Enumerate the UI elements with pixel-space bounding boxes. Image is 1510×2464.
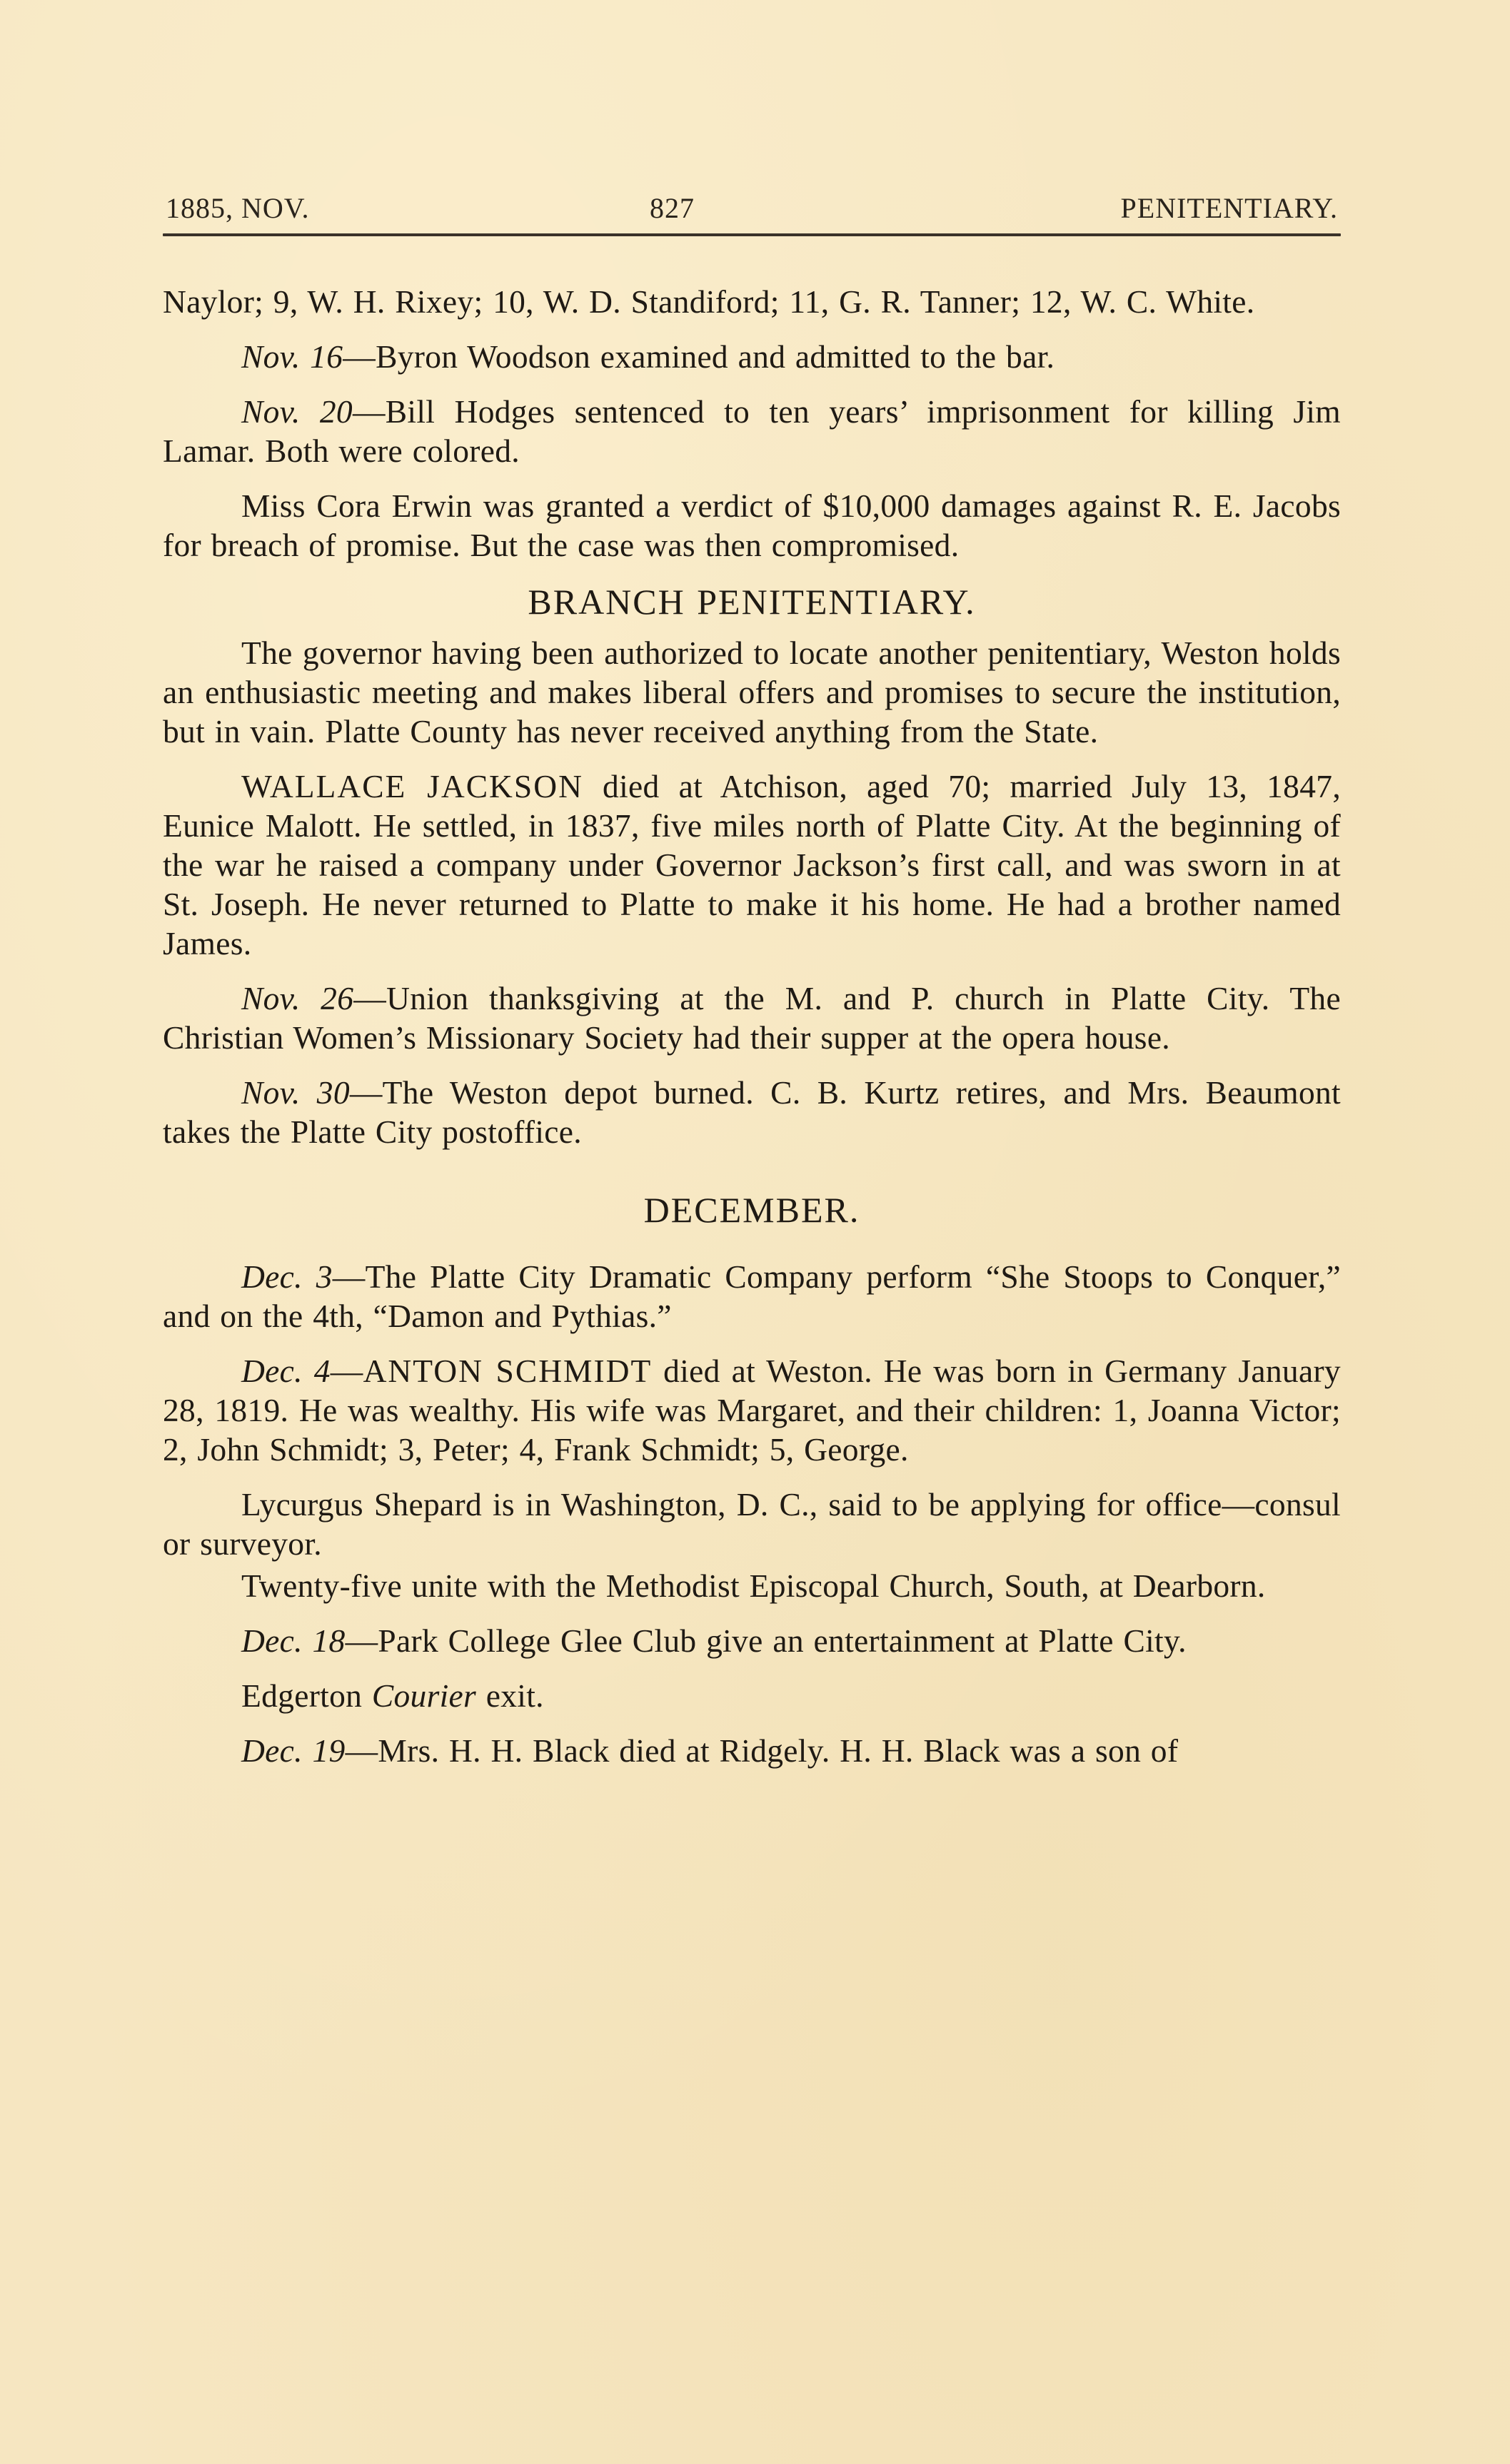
entry-text: —The Platte City Dramatic Company perfor… (163, 1258, 1341, 1334)
entry-text: exit. (476, 1677, 544, 1714)
paragraph-nov-26: Nov. 26—Union thanksgiving at the M. and… (163, 979, 1341, 1057)
running-head: 1885, NOV. 827 PENITENTIARY. (163, 191, 1341, 225)
person-name: ANTON SCHMIDT (363, 1353, 653, 1389)
paragraph-dec-19: Dec. 19—Mrs. H. H. Black died at Ridgely… (163, 1731, 1341, 1770)
entry-date: Dec. 19 (241, 1732, 346, 1769)
newspaper-name: Courier (372, 1677, 476, 1714)
paragraph-dec-4: Dec. 4—ANTON SCHMIDT died at Weston. He … (163, 1351, 1341, 1469)
paragraph-dec-18: Dec. 18—Park College Glee Club give an e… (163, 1621, 1341, 1660)
paragraph-naylor-list: Naylor; 9, W. H. Rixey; 10, W. D. Standi… (163, 282, 1341, 321)
entry-date: Nov. 30 (241, 1074, 350, 1111)
entry-date: Dec. 3 (241, 1258, 333, 1295)
paragraph-nov-16: Nov. 16—Byron Woodson examined and admit… (163, 337, 1341, 376)
entry-dash: — (331, 1353, 363, 1389)
running-head-title: PENITENTIARY. (1121, 191, 1338, 225)
body-text: Naylor; 9, W. H. Rixey; 10, W. D. Standi… (163, 282, 1341, 1770)
book-page: 1885, NOV. 827 PENITENTIARY. Naylor; 9, … (163, 191, 1341, 1786)
paragraph-branch-penitentiary: The governor having been authorized to l… (163, 633, 1341, 751)
entry-text: —Byron Woodson examined and admitted to … (343, 338, 1055, 375)
paragraph-methodist-church: Twenty-five unite with the Methodist Epi… (163, 1566, 1341, 1605)
running-head-date: 1885, NOV. (166, 191, 310, 225)
section-heading-december: DECEMBER. (163, 1188, 1341, 1231)
person-name: WALLACE JACKSON (241, 768, 583, 804)
entry-date: Dec. 18 (241, 1622, 346, 1659)
header-rule (163, 233, 1341, 236)
paragraph-lycurgus-shepard: Lycurgus Shepard is in Washington, D. C.… (163, 1485, 1341, 1563)
page-number: 827 (650, 191, 695, 225)
paragraph-dec-3: Dec. 3—The Platte City Dramatic Company … (163, 1257, 1341, 1335)
section-heading-branch-penitentiary: BRANCH PENITENTIARY. (163, 580, 1341, 623)
paragraph-cora-erwin: Miss Cora Erwin was granted a verdict of… (163, 486, 1341, 565)
entry-text: —Mrs. H. H. Black died at Ridgely. H. H.… (346, 1732, 1179, 1769)
entry-text: —Park College Glee Club give an entertai… (346, 1622, 1187, 1659)
entry-text: Edgerton (241, 1677, 372, 1714)
paragraph-wallace-jackson: WALLACE JACKSON died at Atchison, aged 7… (163, 767, 1341, 963)
paragraph-edgerton-courier: Edgerton Courier exit. (163, 1676, 1341, 1715)
paragraph-nov-20: Nov. 20—Bill Hodges sentenced to ten yea… (163, 392, 1341, 470)
entry-date: Nov. 26 (241, 980, 353, 1016)
entry-date: Nov. 20 (241, 393, 353, 430)
paragraph-nov-30: Nov. 30—The Weston depot burned. C. B. K… (163, 1073, 1341, 1151)
entry-date: Dec. 4 (241, 1353, 331, 1389)
entry-date: Nov. 16 (241, 338, 343, 375)
